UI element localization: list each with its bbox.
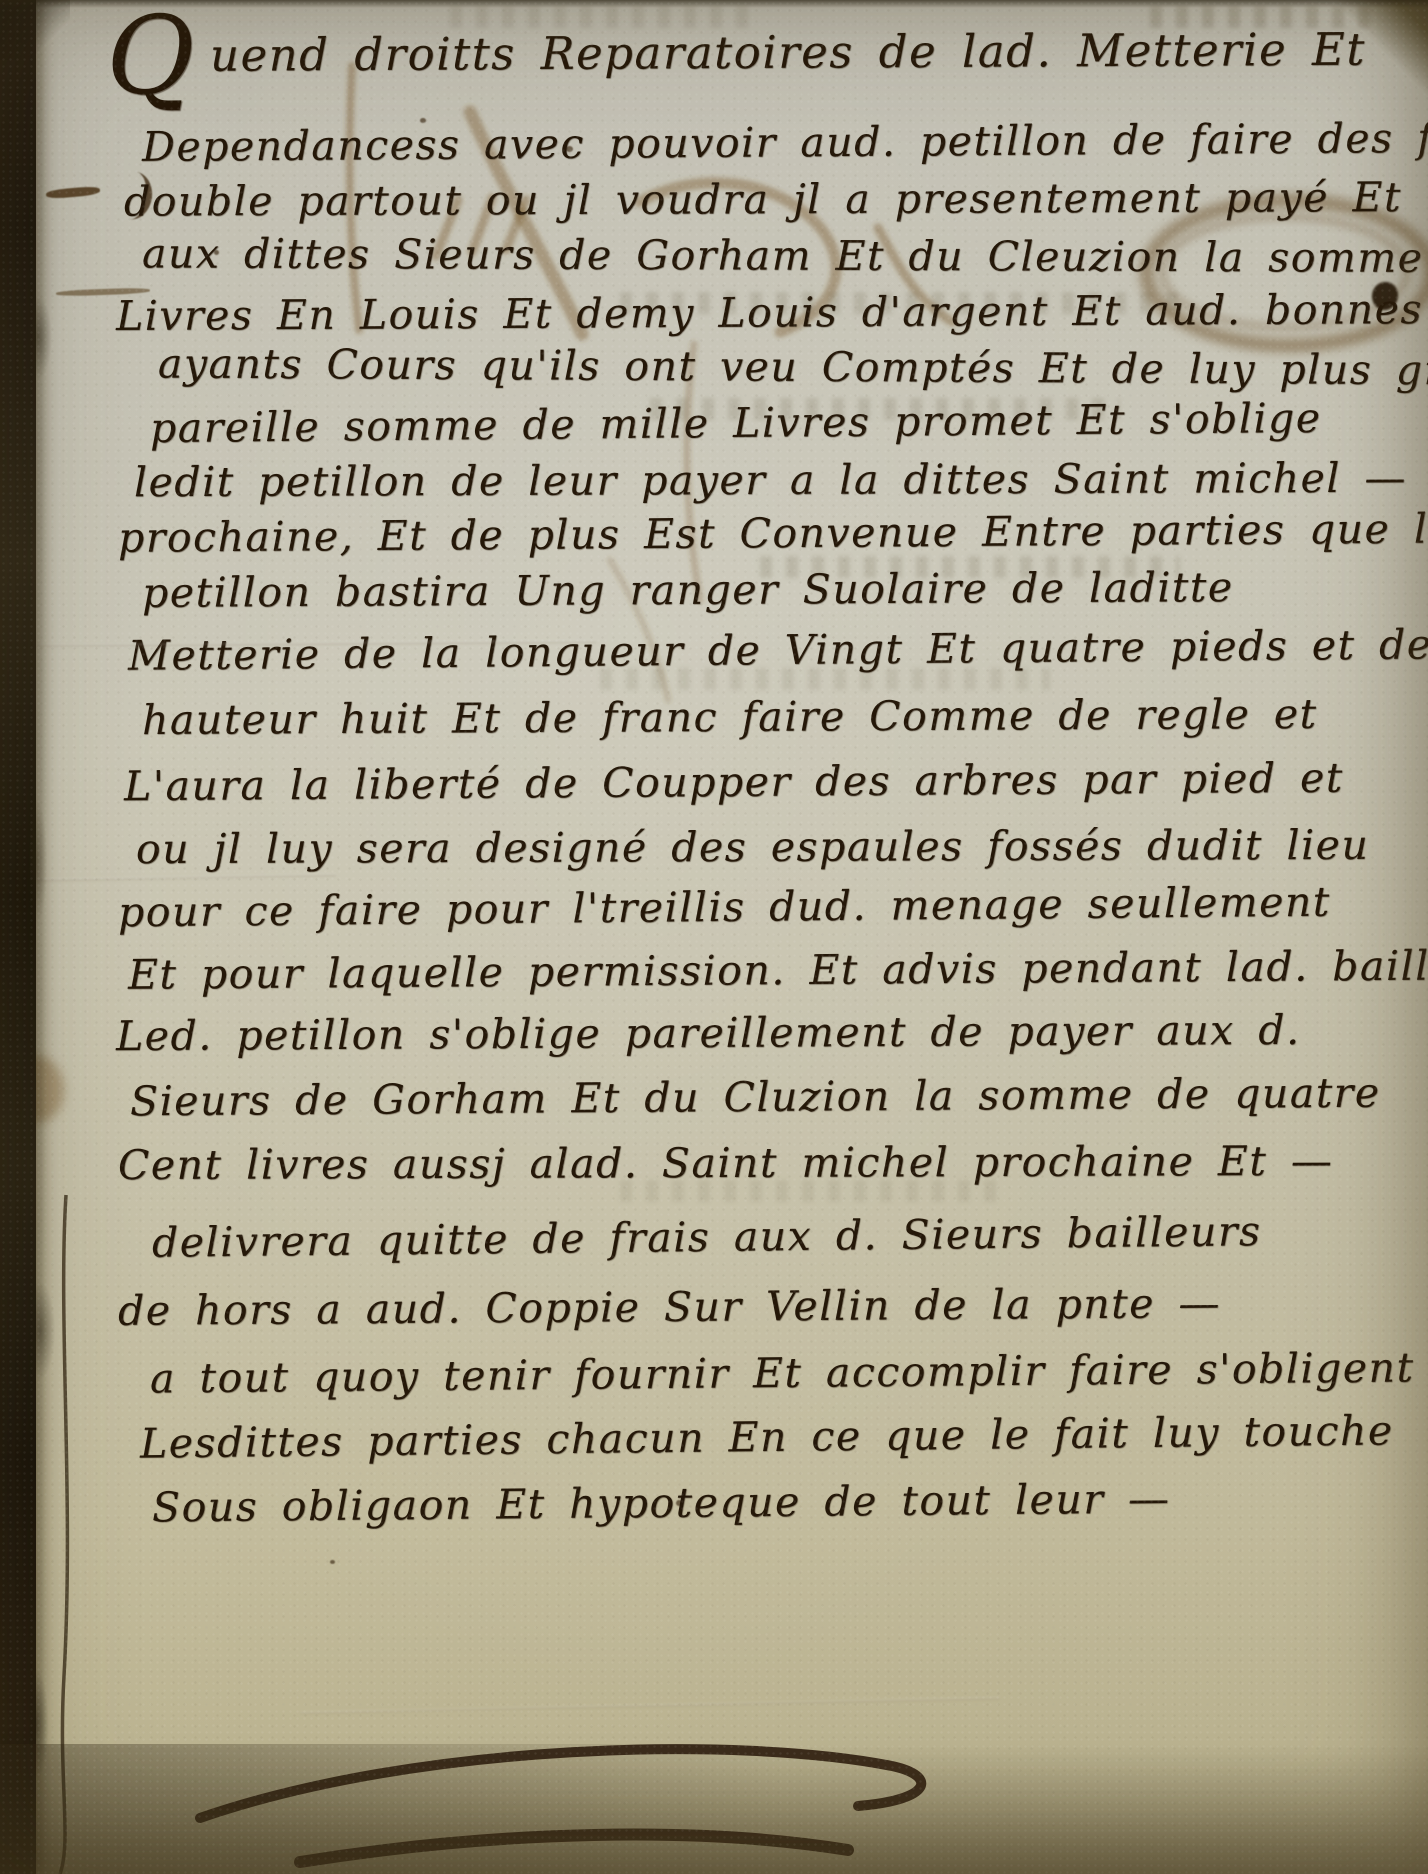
text-line: L'aura la liberté de Coupper des arbres …	[124, 754, 1344, 811]
text-line: prochaine, Et de plus Est Convenue Entre…	[118, 504, 1428, 562]
text-line: Dependancess avec pouvoir aud. petillon …	[142, 113, 1428, 171]
text-line: Sieurs de Gorham Et du Cluzion la somme …	[130, 1069, 1381, 1126]
text-line: Livres En Louis Et demy Louis d'argent E…	[116, 284, 1428, 340]
manuscript-page: Quend droitts Reparatoires de lad. Mette…	[0, 0, 1428, 1874]
text-line: Quend droitts Reparatoires de lad. Mette…	[106, 23, 1366, 83]
text-line: delivrera quitte de frais aux d. Sieurs …	[152, 1207, 1262, 1267]
text-line: Sous obligaon Et hypoteque de tout leur …	[152, 1475, 1171, 1532]
text-line: de hors a aud. Coppie Sur Vellin de la p…	[118, 1279, 1221, 1335]
manuscript-text: Quend droitts Reparatoires de lad. Mette…	[0, 0, 1428, 1874]
text-line: ou jl luy sera designé des espaules foss…	[136, 821, 1369, 873]
text-line: ayants Cours qu'ils ont veu Comptés Et d…	[158, 340, 1428, 395]
text-line: Cent livres aussj alad. Saint michel pro…	[118, 1137, 1333, 1189]
initial-capital: Q	[106, 0, 197, 119]
page-top-edge-shadow	[0, 0, 1428, 8]
page-corner-shadow-topleft	[0, 0, 70, 60]
text-line: pareille somme de mille Livres promet Et…	[150, 394, 1322, 452]
text-line: petillon bastira Ung ranger Suolaire de …	[142, 563, 1234, 617]
text-line: ledit petillon de leur payer a la dittes…	[134, 454, 1407, 506]
text-line-content: uend droitts Reparatoires de lad. Metter…	[210, 23, 1366, 82]
text-line: Et pour laquelle permission. Et advis pe…	[128, 941, 1428, 998]
text-line: hauteur huit Et de franc faire Comme de …	[142, 690, 1318, 744]
binding-edge-shadow	[30, 0, 64, 1874]
text-line: pour ce faire pour l'treillis dud. menag…	[118, 878, 1331, 937]
text-line: Metterie de la longueur de Vingt Et quat…	[128, 620, 1428, 680]
text-line: Lesdittes parties chacun En ce que le fa…	[140, 1406, 1394, 1467]
text-line: a tout quoy tenir fournir Et accomplir f…	[150, 1343, 1415, 1402]
text-line: aux dittes Sieurs de Gorham Et du Cleuzi…	[142, 229, 1428, 282]
text-line: Led. petillon s'oblige pareillement de p…	[116, 1006, 1301, 1060]
text-line: double partout ou jl voudra jl a present…	[124, 172, 1428, 225]
